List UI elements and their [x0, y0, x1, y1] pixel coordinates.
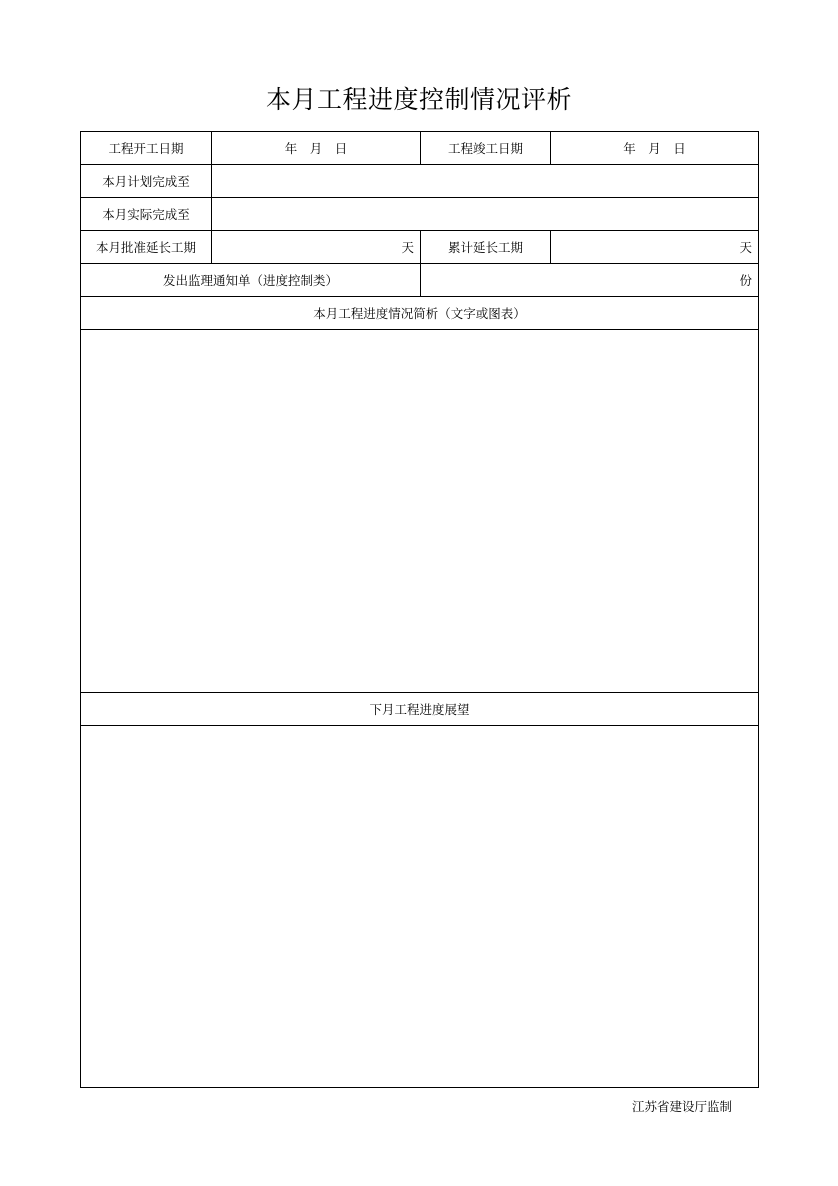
- actual-progress-label: 本月实际完成至: [81, 198, 211, 230]
- notices-issued-field[interactable]: 份: [421, 264, 758, 296]
- planned-progress-field[interactable]: [212, 165, 758, 197]
- notices-issued-unit: 份: [739, 271, 752, 289]
- end-date-label: 工程竣工日期: [421, 132, 550, 164]
- approved-extension-label: 本月批准延长工期: [81, 231, 211, 263]
- analysis-section-heading: 本月工程进度情况简析（文字或图表）: [81, 297, 758, 329]
- cumulative-extension-unit: 天: [739, 238, 752, 256]
- issuer-footer: 江苏省建设厅监制: [632, 1097, 732, 1115]
- page-title: 本月工程进度控制情况评析: [0, 80, 838, 116]
- analysis-content-area[interactable]: [81, 330, 758, 692]
- notices-issued-label: 发出监理通知单（进度控制类）: [81, 264, 420, 296]
- outlook-section-heading: 下月工程进度展望: [81, 693, 758, 725]
- approved-extension-field[interactable]: 天: [212, 231, 420, 263]
- cumulative-extension-field[interactable]: 天: [551, 231, 758, 263]
- approved-extension-unit: 天: [401, 238, 414, 256]
- progress-control-form: 工程开工日期 年 月 日 工程竣工日期 年 月 日 本月计划完成至 本月实际完成…: [80, 131, 759, 1088]
- planned-progress-label: 本月计划完成至: [81, 165, 211, 197]
- start-date-label: 工程开工日期: [81, 132, 211, 164]
- start-date-field[interactable]: 年 月 日: [212, 132, 420, 164]
- actual-progress-field[interactable]: [212, 198, 758, 230]
- cumulative-extension-label: 累计延长工期: [421, 231, 550, 263]
- outlook-content-area[interactable]: [81, 726, 758, 1087]
- end-date-field[interactable]: 年 月 日: [551, 132, 758, 164]
